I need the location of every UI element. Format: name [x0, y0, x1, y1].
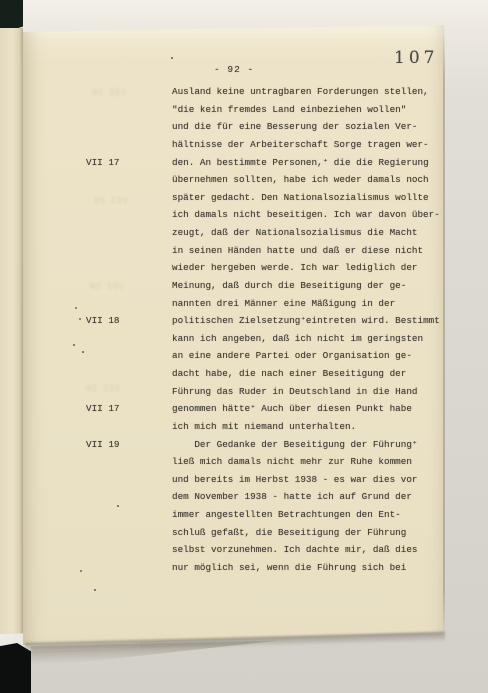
- ink-bleedthrough: VII 20: [86, 195, 128, 206]
- paper-speck: [94, 589, 96, 591]
- text-line: übernehmen sollten, habe ich weder damal…: [172, 171, 462, 189]
- text-line: und bereits im Herbst 1938 - es war dies…: [172, 471, 462, 489]
- paper-speck: [171, 57, 173, 59]
- ink-bleedthrough: VII 20: [82, 281, 124, 292]
- typed-page-number: - 92 -: [214, 64, 254, 75]
- text-line: selbst vorzunehmen. Ich dachte mir, daß …: [172, 541, 462, 559]
- text-line: immer angestellten Betrachtungen den Ent…: [172, 506, 462, 524]
- text-line: hältnisse der Arbeiterschaft Sorge trage…: [172, 136, 462, 154]
- text-line: Meinung, daß durch die Beseitigung der g…: [172, 277, 462, 295]
- text-line: Führung das Ruder in Deutschland in die …: [172, 383, 462, 401]
- text-line: ich damals nicht beseitigen. Ich war dav…: [172, 206, 462, 224]
- text-line: und die für eine Besserung der sozialen …: [172, 118, 462, 136]
- paper-speck: [82, 351, 84, 353]
- text-line: wieder hergeben werde. Ich war lediglich…: [172, 259, 462, 277]
- book-cover-corner-bottom: [0, 643, 31, 693]
- ink-bleedthrough: VII 20: [78, 383, 120, 394]
- text-line: politischen Zielsetzung⁺eintreten wird. …: [172, 312, 462, 330]
- margin-annotation: VII 18: [86, 312, 156, 330]
- text-line: den. An bestimmte Personen,⁺ die die Reg…: [172, 154, 462, 172]
- text-line: "die kein fremdes Land einbeziehen wolle…: [172, 101, 462, 119]
- text-line: dacht habe, die nach einer Beseitigung d…: [172, 365, 462, 383]
- text-line: ich mich mit niemand unterhalten.: [172, 418, 462, 436]
- text-line: in seinen Händen hatte und daß er diese …: [172, 242, 462, 260]
- typed-text-block: Ausland keine untragbaren Forderungen st…: [172, 83, 462, 577]
- text-line: schluß gefaßt, die Beseitigung der Führu…: [172, 524, 462, 542]
- text-line: ließ mich damals nicht mehr zur Ruhe kom…: [172, 453, 462, 471]
- text-line: nur möglich sei, wenn die Führung sich b…: [172, 559, 462, 577]
- margin-annotation: VII 19: [86, 436, 156, 454]
- text-line: später gedacht. Den Nationalsozialismus …: [172, 189, 462, 207]
- text-line: kann ich angeben, daß ich nicht im gerin…: [172, 330, 462, 348]
- scanned-document-view: 107 - 92 - VII 17 VII 18 VII 17 VII 19 V…: [0, 0, 488, 693]
- paper-speck: [79, 318, 81, 320]
- text-line: Ausland keine untragbaren Forderungen st…: [172, 83, 462, 101]
- paper-speck: [80, 570, 82, 572]
- paper-speck: [117, 505, 119, 507]
- paper-speck: [75, 307, 77, 309]
- text-line: zeugt, daß der Nationalsozialismus die M…: [172, 224, 462, 242]
- margin-annotation: VII 17: [86, 400, 156, 418]
- margin-annotation: VII 17: [86, 154, 156, 172]
- ink-bleedthrough: VII 20: [84, 87, 126, 98]
- text-line: an eine andere Partei oder Organisation …: [172, 347, 462, 365]
- text-line: Der Gedanke der Beseitigung der Führung⁺: [172, 436, 462, 454]
- page-gutter-edge: [0, 28, 23, 645]
- text-line: genommen hätte⁺ Auch über diesen Punkt h…: [172, 400, 462, 418]
- archive-page-stamp: 107: [394, 48, 438, 68]
- text-line: dem November 1938 - hatte ich auf Grund …: [172, 488, 462, 506]
- paper-speck: [73, 344, 75, 346]
- text-line: nannten drei Männer eine Mäßigung in der: [172, 295, 462, 313]
